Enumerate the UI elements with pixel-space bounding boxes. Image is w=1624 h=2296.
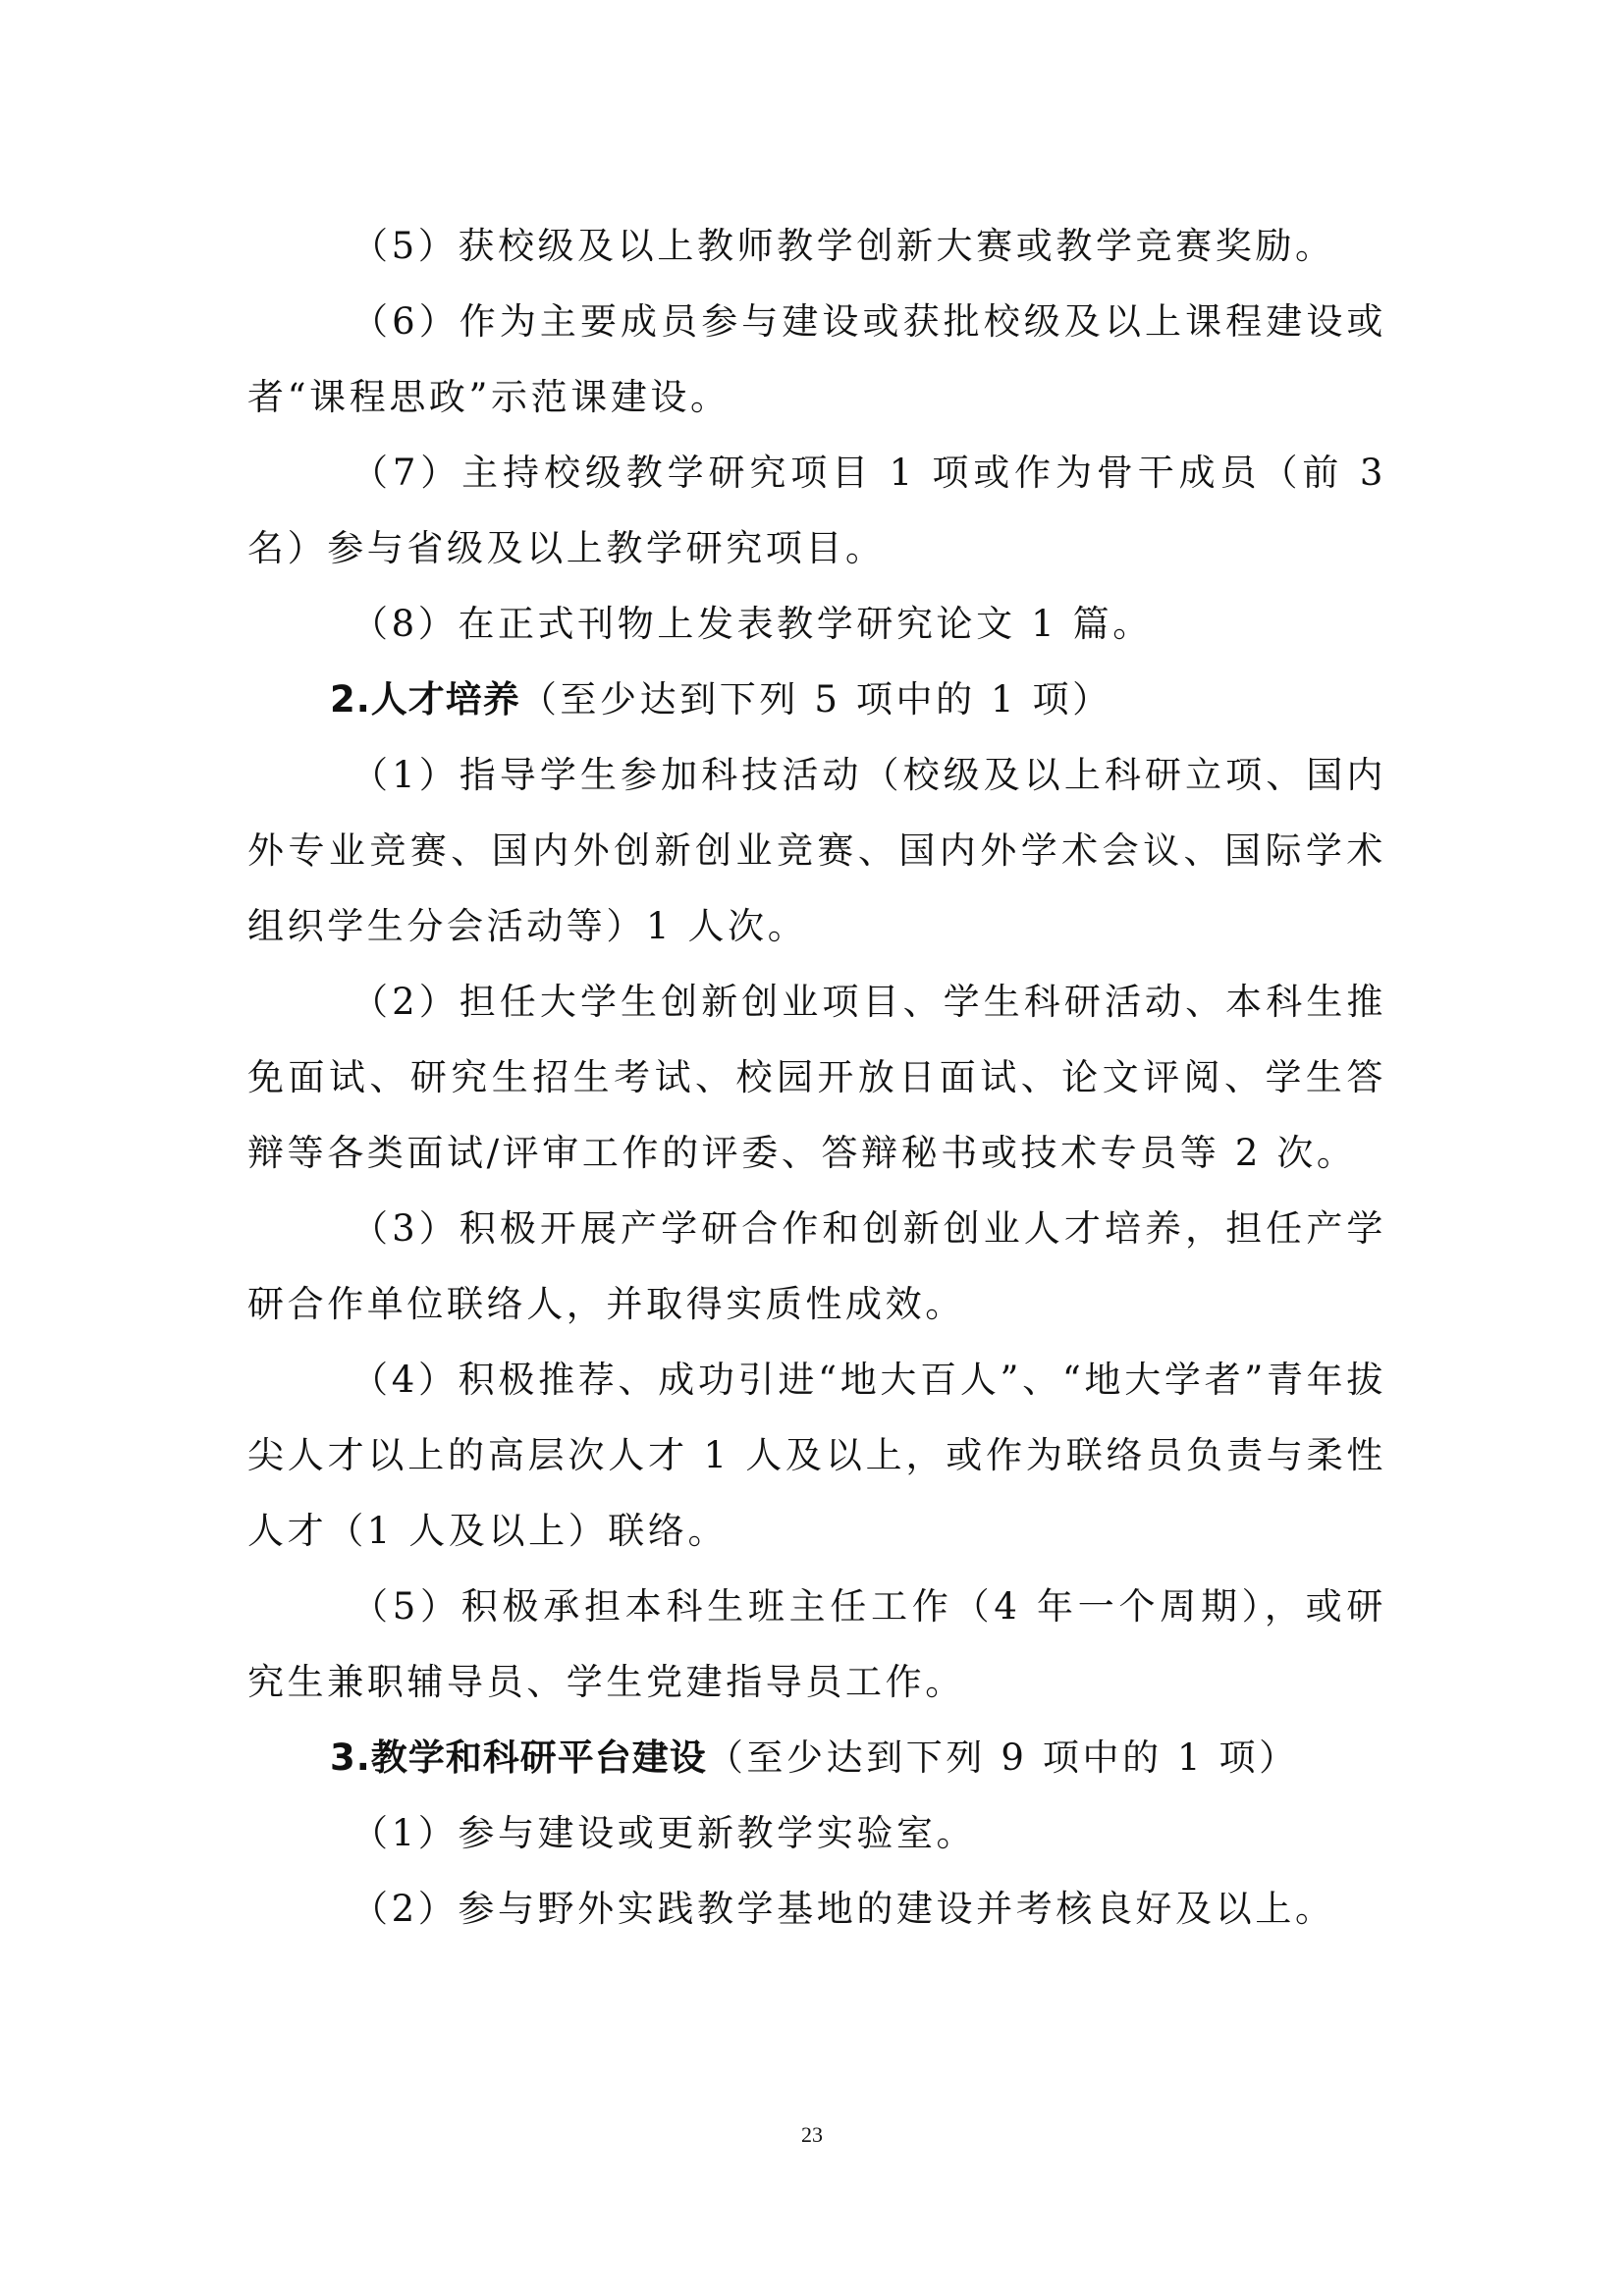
list-item-platform-2: （2）参与野外实践教学基地的建设并考核良好及以上。	[247, 1871, 1386, 1947]
section-note: （至少达到下列 9 项中的 1 项）	[707, 1736, 1299, 1779]
list-item-talent-3: （3）积极开展产学研合作和创新创业人才培养，担任产学研合作单位联络人，并取得实质…	[247, 1191, 1386, 1342]
page-number: 23	[0, 2122, 1624, 2148]
list-item-teaching-7: （7）主持校级教学研究项目 1 项或作为骨干成员（前 3 名）参与省级及以上教学…	[247, 435, 1386, 586]
list-item-talent-4: （4）积极推荐、成功引进“地大百人”、“地大学者”青年拔尖人才以上的高层次人才 …	[247, 1342, 1386, 1569]
section-heading-platform-construction: 3.教学和科研平台建设（至少达到下列 9 项中的 1 项）	[247, 1720, 1386, 1795]
section-title: 3.教学和科研平台建设	[330, 1736, 707, 1779]
list-item-teaching-6: （6）作为主要成员参与建设或获批校级及以上课程建设或者“课程思政”示范课建设。	[247, 284, 1386, 435]
section-title: 2.人才培养	[330, 678, 520, 721]
list-item-talent-2: （2）担任大学生创新创业项目、学生科研活动、本科生推免面试、研究生招生考试、校园…	[247, 964, 1386, 1191]
list-item-teaching-5: （5）获校级及以上教师教学创新大赛或教学竞赛奖励。	[247, 208, 1386, 284]
list-item-platform-1: （1）参与建设或更新教学实验室。	[247, 1795, 1386, 1871]
list-item-talent-1: （1）指导学生参加科技活动（校级及以上科研立项、国内外专业竞赛、国内外创新创业竞…	[247, 737, 1386, 964]
list-item-teaching-8: （8）在正式刊物上发表教学研究论文 1 篇。	[247, 586, 1386, 662]
section-heading-talent-cultivation: 2.人才培养（至少达到下列 5 项中的 1 项）	[247, 662, 1386, 737]
list-item-talent-5: （5）积极承担本科生班主任工作（4 年一个周期），或研究生兼职辅导员、学生党建指…	[247, 1569, 1386, 1720]
document-page-body: （5）获校级及以上教师教学创新大赛或教学竞赛奖励。 （6）作为主要成员参与建设或…	[247, 208, 1386, 1947]
section-note: （至少达到下列 5 项中的 1 项）	[520, 678, 1112, 721]
